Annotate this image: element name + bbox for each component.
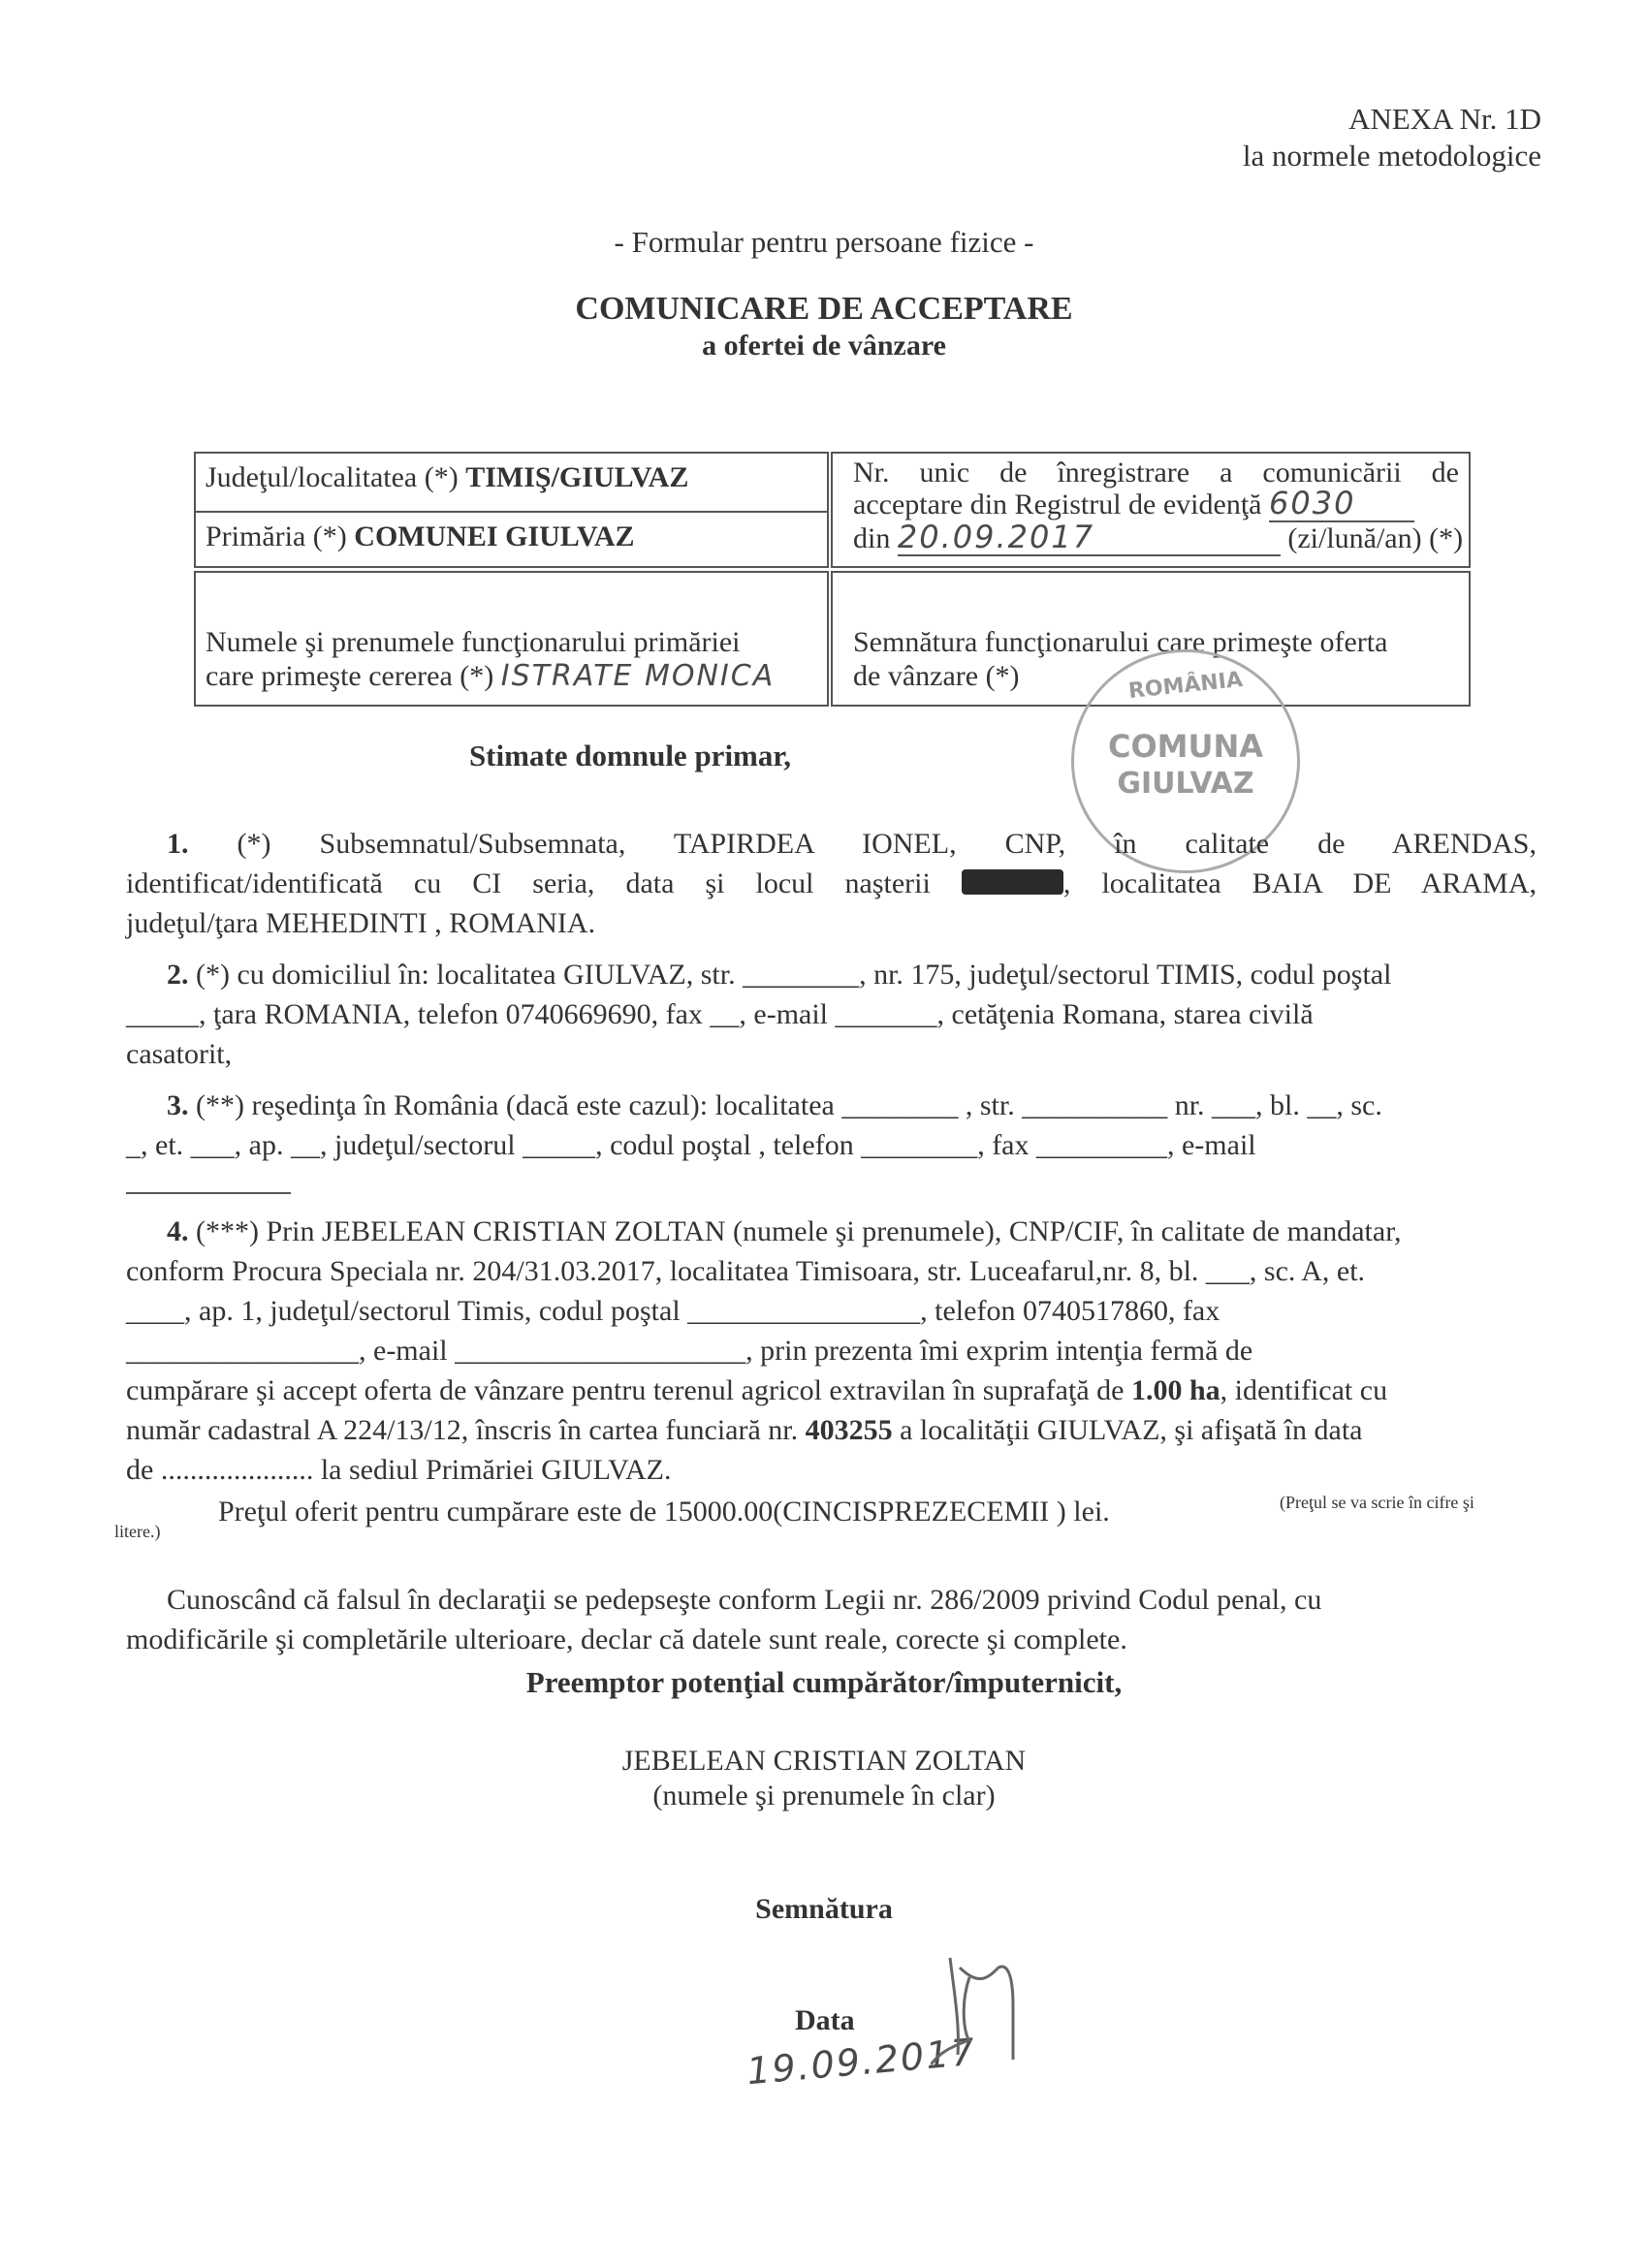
declaration-line1: Cunoscând că falsul în declaraţii se ped…	[126, 1580, 1537, 1620]
signature-label: Semnătura	[0, 1893, 1648, 1926]
section-1-line2: identificat/identificată cu CI seria, da…	[126, 864, 1537, 903]
section-4-line3: ____, ap. 1, judeţul/sectorul Timis, cod…	[126, 1291, 1537, 1331]
section-4-text6a: număr cadastral A 224/13/12, înscris în …	[126, 1414, 806, 1446]
salutation: Stimate domnule primar,	[0, 739, 1260, 773]
date-format-hint: (zi/lună/an) (*)	[1287, 522, 1463, 554]
section-4: 4. (***) Prin JEBELEAN CRISTIAN ZOLTAN (…	[126, 1212, 1537, 1490]
section-4-line2: conform Procura Speciala nr. 204/31.03.2…	[126, 1251, 1537, 1291]
price-note: (Preţul se va scrie în cifre şi	[1280, 1493, 1474, 1513]
section-4-line1: 4. (***) Prin JEBELEAN CRISTIAN ZOLTAN (…	[126, 1212, 1537, 1251]
form-type: - Formular pentru persoane fizice -	[0, 225, 1648, 260]
nr-unic-label: acceptare din Registrul de evidenţă	[853, 488, 1261, 520]
nr-unic-line2: acceptare din Registrul de evidenţă 6030	[853, 487, 1414, 522]
signatory-role: Preemptor potenţial cumpărător/împuterni…	[0, 1665, 1648, 1700]
land-registry-number: 403255	[806, 1414, 893, 1446]
section-2-line2: _____, ţara ROMANIA, telefon 0740669690,…	[126, 994, 1537, 1034]
section-4-text5a: cumpărare şi accept oferta de vânzare pe…	[126, 1374, 1131, 1406]
annex-reference: la normele metodologice	[1243, 138, 1541, 174]
registration-number: 6030	[1269, 487, 1414, 522]
section-3: 3. (**) reşedinţa în România (dacă este …	[126, 1086, 1537, 1205]
judet-field: Judeţul/localitatea (*) TIMIŞ/GIULVAZ	[206, 460, 688, 494]
section-2-number: 2.	[167, 959, 189, 991]
date-label: Data	[795, 2004, 855, 2037]
section-2: 2. (*) cu domiciliul în: localitatea GIU…	[126, 955, 1537, 1074]
price-text: Preţul oferit pentru cumpărare este de 1…	[218, 1496, 1110, 1528]
primaria-field: Primăria (*) COMUNEI GIULVAZ	[206, 520, 635, 553]
primaria-label: Primăria (*)	[206, 520, 354, 552]
semnatura-line1: Semnătura funcţionarului care primeşte o…	[853, 625, 1387, 659]
cell-divider	[194, 511, 829, 513]
price-note-cont: litere.)	[114, 1522, 160, 1542]
functionar-line1: Numele şi prenumele funcţionarului primă…	[206, 625, 740, 659]
judet-label: Judeţul/localitatea (*)	[206, 461, 465, 493]
section-1-number: 1.	[167, 828, 189, 860]
registration-date: 20.09.2017	[898, 520, 1281, 556]
section-1-line3: judeţul/ţara MEHEDINTI , ROMANIA.	[126, 903, 1537, 943]
functionar-label: care primeşte cererea (*)	[206, 660, 493, 692]
signatory-name: JEBELEAN CRISTIAN ZOLTAN	[0, 1745, 1648, 1778]
section-4-line5: cumpărare şi accept oferta de vânzare pe…	[126, 1370, 1537, 1410]
section-1-line1: 1. (*) Subsemnatul/Subsemnata, TAPIRDEA …	[126, 824, 1537, 864]
din-label: din	[853, 522, 890, 554]
section-2-text1: (*) cu domiciliul în: localitatea GIULVA…	[196, 959, 1391, 991]
section-3-line2: _, et. ___, ap. __, judeţul/sectorul ___…	[126, 1125, 1537, 1165]
email-blank	[126, 1171, 291, 1194]
section-4-text6c: a localităţii GIULVAZ, şi afişată în dat…	[893, 1414, 1363, 1446]
judet-value: TIMIŞ/GIULVAZ	[465, 461, 688, 493]
primaria-value: COMUNEI GIULVAZ	[354, 520, 634, 552]
section-2-line1: 2. (*) cu domiciliul în: localitatea GIU…	[126, 955, 1537, 994]
official-name-handwritten: ISTRATE MONICA	[501, 659, 775, 693]
annex-number: ANEXA Nr. 1D	[1243, 101, 1541, 138]
section-3-number: 3.	[167, 1089, 189, 1121]
section-1-text1: (*) Subsemnatul/Subsemnata, TAPIRDEA ION…	[238, 828, 1537, 860]
section-4-line6: număr cadastral A 224/13/12, înscris în …	[126, 1410, 1537, 1450]
section-4-line7: de ..................... la sediul Primă…	[126, 1450, 1537, 1490]
section-3-line3	[126, 1165, 1537, 1205]
document-title: COMUNICARE DE ACCEPTARE	[0, 291, 1648, 328]
section-4-number: 4.	[167, 1215, 189, 1247]
semnatura-line2: de vânzare (*)	[853, 659, 1020, 693]
functionar-line2: care primeşte cererea (*) ISTRATE MONICA	[206, 659, 775, 693]
section-4-line4: ________________, e-mail _______________…	[126, 1331, 1537, 1370]
section-1-text2a: identificat/identificată cu CI seria, da…	[126, 867, 931, 899]
document-subtitle: a ofertei de vânzare	[0, 330, 1648, 362]
section-3-line1: 3. (**) reşedinţa în România (dacă este …	[126, 1086, 1537, 1125]
nr-unic-line1: Nr. unic de înregistrare a comunicării d…	[853, 456, 1459, 489]
section-3-text1: (**) reşedinţa în România (dacă este caz…	[196, 1089, 1382, 1121]
section-2-line3: casatorit,	[126, 1034, 1537, 1074]
handwritten-signature	[931, 1938, 1037, 2064]
declaration: Cunoscând că falsul în declaraţii se ped…	[126, 1580, 1537, 1659]
din-line: din 20.09.2017 (zi/lună/an) (*)	[853, 520, 1463, 556]
land-area: 1.00 ha	[1131, 1374, 1220, 1406]
declaration-line2: modificările şi completările ulterioare,…	[126, 1620, 1537, 1659]
section-1: 1. (*) Subsemnatul/Subsemnata, TAPIRDEA …	[126, 824, 1537, 943]
signatory-name-note: (numele şi prenumele în clar)	[0, 1780, 1648, 1812]
annex-header: ANEXA Nr. 1D la normele metodologice	[1243, 101, 1541, 174]
section-1-text2b: , localitatea BAIA DE ARAMA,	[1063, 867, 1537, 899]
section-4-text1: (***) Prin JEBELEAN CRISTIAN ZOLTAN (num…	[196, 1215, 1402, 1247]
section-4-text5c: , identificat cu	[1220, 1374, 1387, 1406]
redacted-birthdate	[962, 869, 1063, 895]
